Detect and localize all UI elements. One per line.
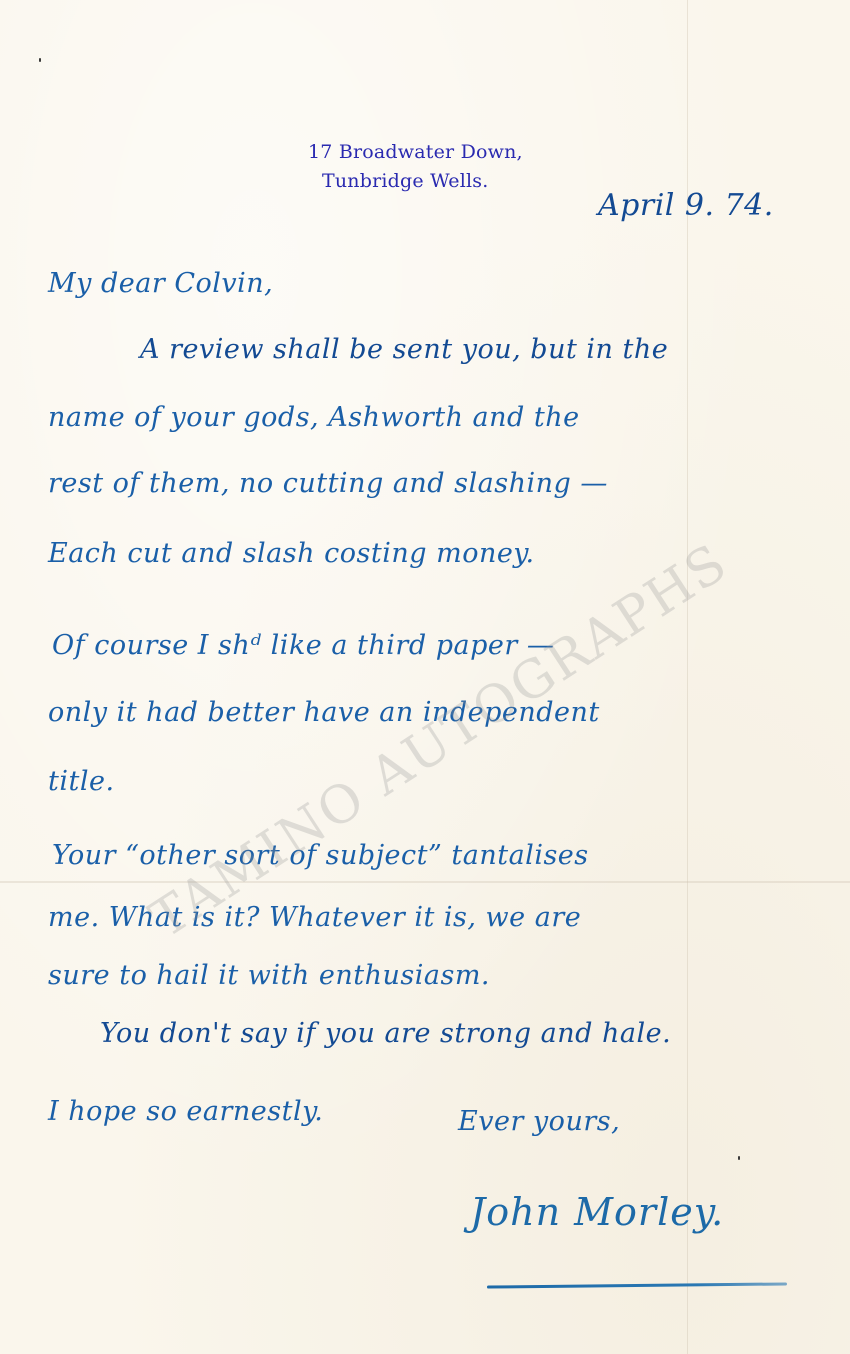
letterhead-town: Tunbridge Wells. xyxy=(300,167,523,196)
body-line: name of your gods, Ashworth and the xyxy=(48,402,580,433)
body-line: me. What is it? Whatever it is, we are xyxy=(48,902,581,933)
body-line: A review shall be sent you, but in the xyxy=(140,334,668,365)
horizontal-fold-line xyxy=(0,881,850,883)
body-line: You don't say if you are strong and hale… xyxy=(100,1018,671,1049)
body-line: Of course I shᵈ like a third paper — xyxy=(52,630,554,661)
body-line: I hope so earnestly. xyxy=(48,1096,323,1127)
body-line: only it had better have an independent xyxy=(48,697,600,728)
salutation: My dear Colvin, xyxy=(48,268,273,299)
closing: Ever yours, xyxy=(458,1106,620,1137)
body-line: title. xyxy=(48,766,115,797)
body-line: Your “other sort of subject” tantalises xyxy=(52,840,589,871)
letterhead-address: 17 Broadwater Down, Tunbridge Wells. xyxy=(300,138,523,196)
body-line: Each cut and slash costing money. xyxy=(48,538,535,569)
signature: John Morley. xyxy=(470,1190,724,1234)
body-line: sure to hail it with enthusiasm. xyxy=(48,960,490,991)
ink-speck xyxy=(738,1156,740,1160)
letter-date: April 9. 74. xyxy=(598,188,774,223)
letterhead-street: 17 Broadwater Down, xyxy=(300,138,523,167)
ink-speck xyxy=(39,58,41,62)
body-line: rest of them, no cutting and slashing — xyxy=(48,468,608,499)
